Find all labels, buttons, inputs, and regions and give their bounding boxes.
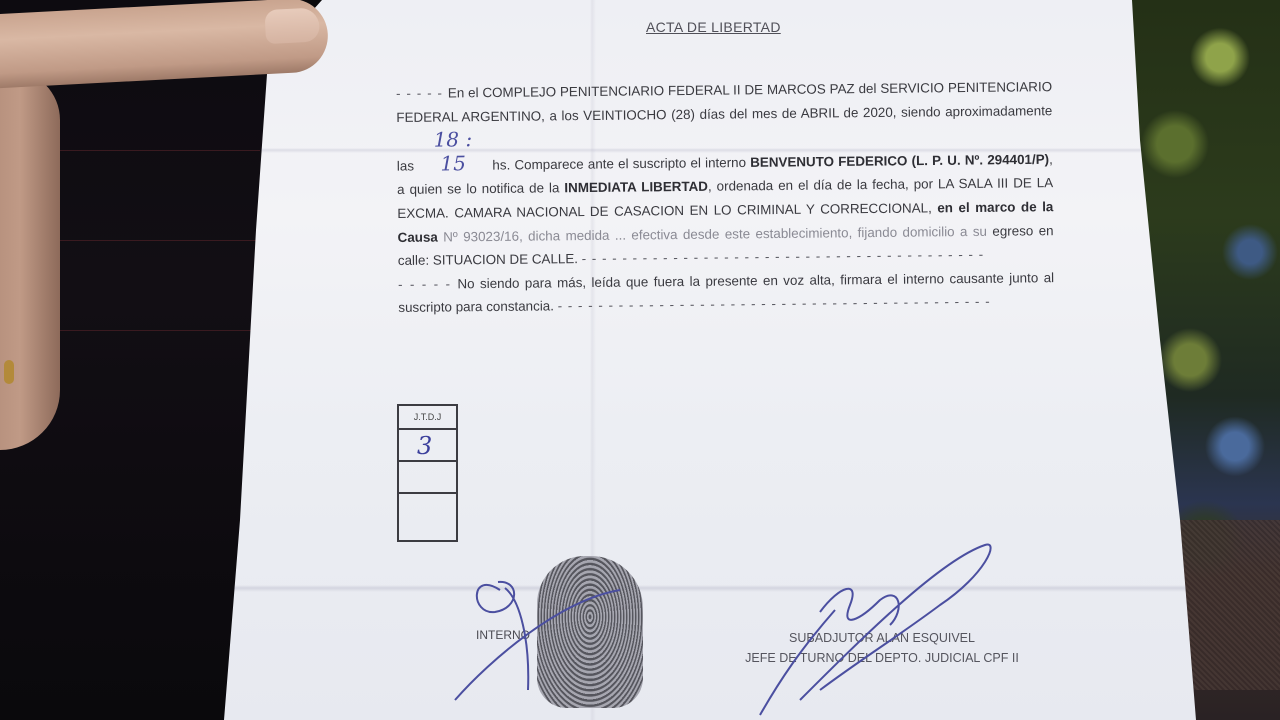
stamp-cell-empty	[399, 462, 456, 494]
handwritten-time: 18 : 15	[418, 128, 488, 176]
stamp-cell-mark: 3	[399, 430, 456, 462]
stamp-header: J.T.D.J	[399, 406, 456, 430]
paragraph-1: - - - - - En el COMPLEJO PENITENCIARIO F…	[396, 75, 1054, 273]
dash-leader: - - - - -	[396, 85, 448, 101]
faded-text: Nº 93023/16, dicha medida ... efectiva d…	[443, 223, 987, 244]
decorative-line	[40, 240, 260, 241]
hand	[0, 70, 60, 450]
stamp-cell-empty	[399, 494, 456, 524]
dash-filler: - - - - - - - - - - - - - - - - - - - - …	[582, 247, 985, 266]
document-title: ACTA DE LIBERTAD	[646, 16, 781, 40]
dash-leader: - - - - -	[398, 276, 457, 292]
paragraph-text: hs. Comparece ante el suscripto el inter…	[492, 155, 746, 173]
handwritten-mark: 3	[417, 432, 432, 460]
paragraph-2: - - - - - No siendo para más, leída que …	[398, 266, 1054, 320]
fingerprint	[537, 556, 643, 708]
decorative-line	[40, 150, 260, 151]
document-body: - - - - - En el COMPLEJO PENITENCIARIO F…	[396, 75, 1054, 320]
officer-name: SUBADJUTOR ALAN ESQUIVEL	[702, 628, 1062, 648]
ring	[4, 360, 14, 384]
release-order-label: INMEDIATA LIBERTAD	[564, 179, 708, 196]
background-fence	[1180, 520, 1280, 690]
inmate-name: BENVENUTO FEDERICO (L. P. U. Nº. 294401/…	[750, 152, 1049, 170]
inmate-signature-label: INTERNO	[476, 628, 530, 642]
officer-title: JEFE DE TURNO DEL DEPTO. JUDICIAL CPF II	[702, 648, 1062, 668]
officer-signature-block: SUBADJUTOR ALAN ESQUIVEL JEFE DE TURNO D…	[702, 628, 1062, 668]
jtdj-stamp-box: J.T.D.J 3	[397, 404, 458, 542]
fingernail	[264, 7, 320, 44]
dash-filler: - - - - - - - - - - - - - - - - - - - - …	[558, 294, 991, 314]
decorative-line	[40, 330, 260, 331]
